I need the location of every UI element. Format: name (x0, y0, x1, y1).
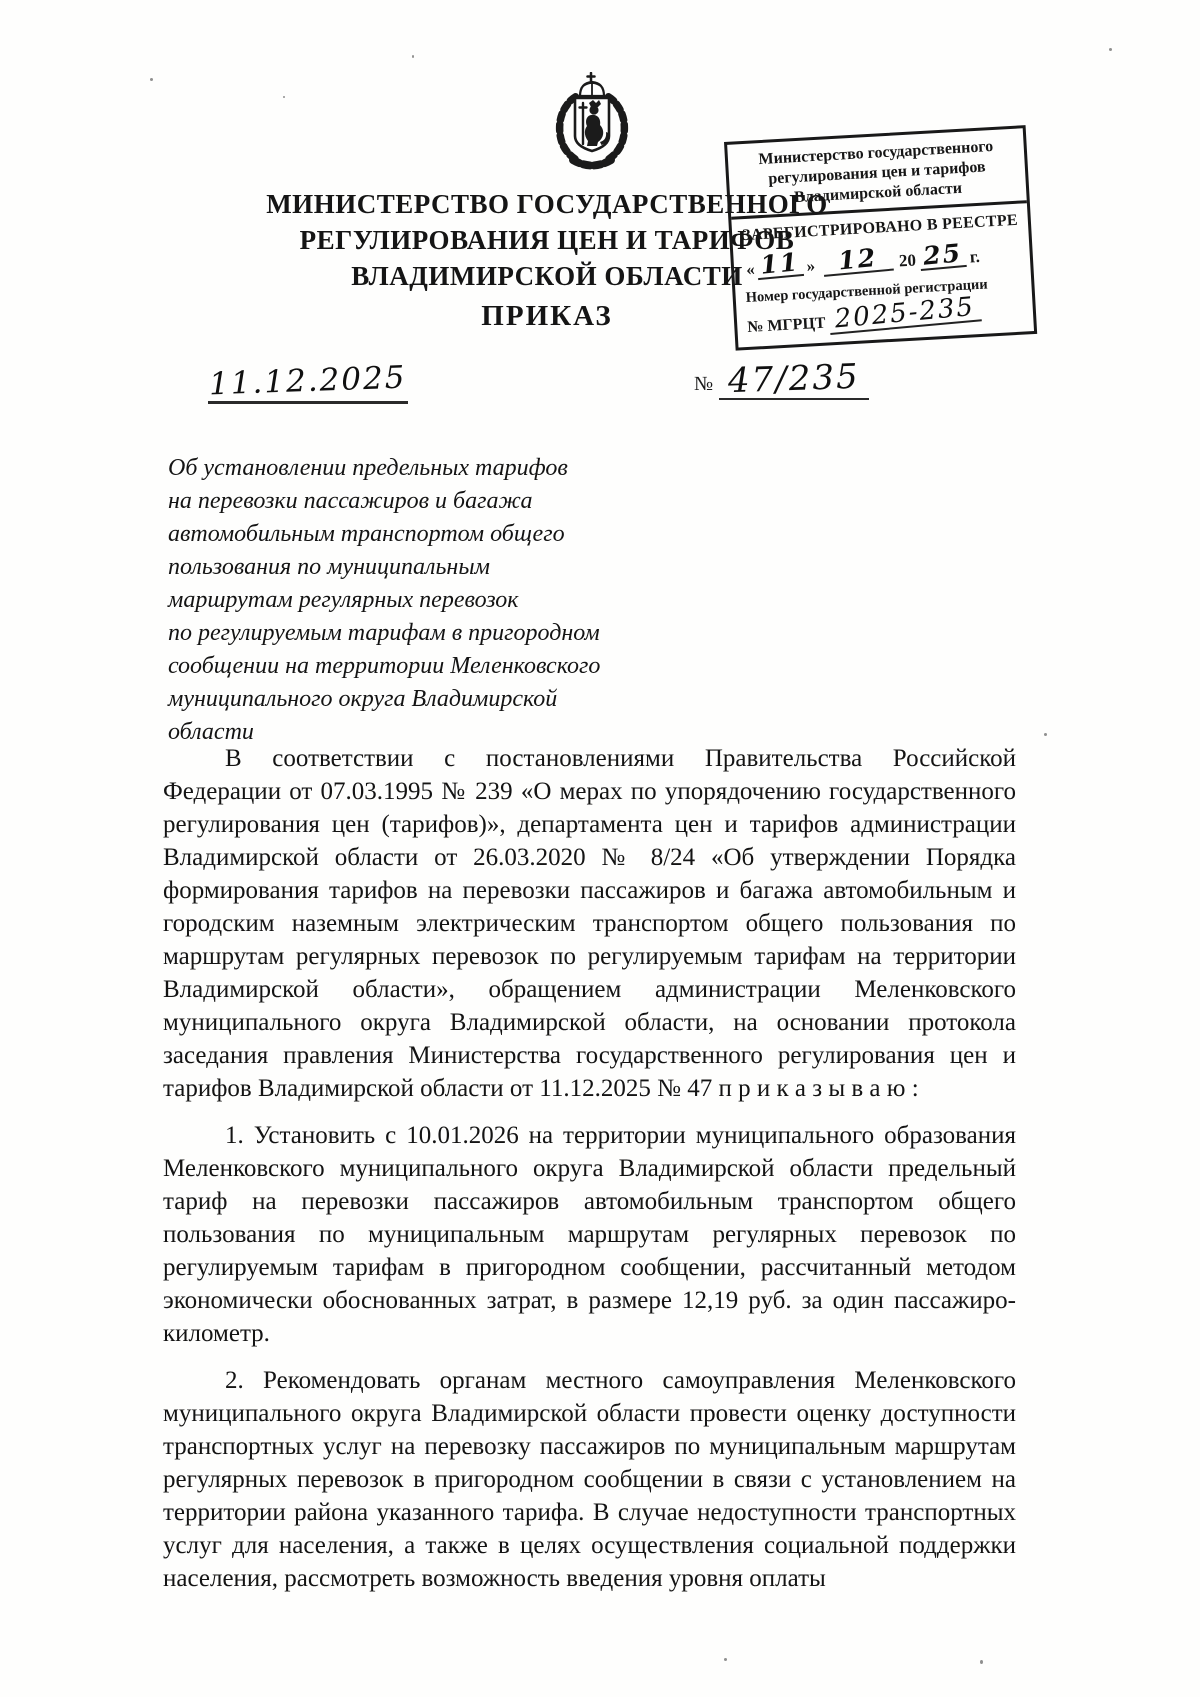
order-date-field: 11.12.2025 (208, 366, 408, 404)
stamp-day-handwritten: 11 (755, 249, 803, 280)
scan-speck (1044, 733, 1047, 736)
stamp-reg-number-prefix: № МГРЦТ (747, 315, 826, 337)
body-paragraph-item-2: 2. Рекомендовать органам местного самоуп… (163, 1364, 1016, 1595)
order-number-handwritten: 47/235 (728, 360, 861, 399)
order-document-page: МИНИСТЕРСТВО ГОСУДАРСТВЕННОГО РЕГУЛИРОВА… (0, 0, 1200, 1697)
order-body: В соответствии с постановлениями Правите… (163, 742, 1016, 1609)
body-paragraph-preamble: В соответствии с постановлениями Правите… (163, 742, 1016, 1105)
number-sign: № (694, 373, 713, 400)
order-number-underline: 47/235 (719, 362, 869, 400)
registration-stamp: Министерство государственного регулирова… (724, 125, 1037, 351)
order-date-handwritten: 11.12.2025 (209, 363, 407, 401)
scan-speck (150, 78, 153, 81)
stamp-year-suffix: г. (969, 247, 980, 268)
stamp-body: ЗАРЕГИСТРИРОВАНО В РЕЕСТРЕ « 11 » 12 20 … (731, 203, 1034, 347)
scan-speck (412, 55, 414, 58)
stamp-year-prefix: 20 (898, 250, 916, 271)
body-paragraph-item-1: 1. Установить с 10.01.2026 на территории… (163, 1119, 1016, 1350)
scan-speck (435, 1477, 438, 1480)
scan-speck (980, 1660, 983, 1664)
scan-speck (283, 96, 285, 98)
stamp-year-handwritten: 25 (919, 240, 967, 271)
order-subject: Об установлении предельных тарифов на пе… (168, 452, 648, 749)
scan-speck (724, 1658, 727, 1661)
stamp-quote-close: » (806, 256, 816, 276)
stamp-quote-open: « (746, 260, 756, 280)
vladimir-oblast-coat-of-arms-icon (546, 72, 638, 170)
scan-speck (1109, 48, 1112, 51)
order-number-field: № 47/235 (694, 362, 869, 400)
stamp-date-row: « 11 » 12 20 25 г. (743, 238, 1020, 280)
stamp-month-handwritten: 12 (822, 244, 894, 277)
